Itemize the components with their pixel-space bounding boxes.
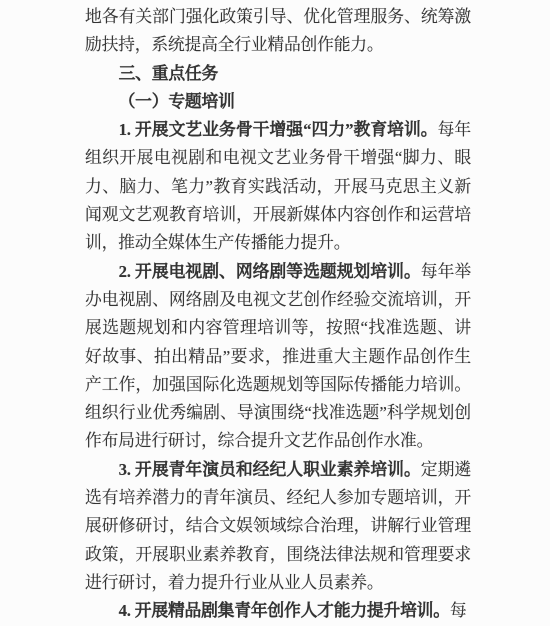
task-item-2-title: 2. 开展电视剧、网络剧等选题规划培训。 [119, 262, 421, 281]
task-item-3-title: 3. 开展青年演员和经纪人职业素养培训。 [119, 460, 421, 479]
task-item-3-body: 定期遴选有培养潜力的青年演员、经纪人参加专题培训，开展研修研讨，结合文娱领域综合… [85, 460, 471, 592]
continuation-paragraph: 地各有关部门强化政策引导、优化管理服务、统筹激励扶持，系统提高全行业精品创作能力… [85, 3, 471, 60]
task-item-2-body: 每年举办电视剧、网络剧及电视文艺创作经验交流培训，开展选题规划和内容管理培训等，… [85, 262, 471, 451]
task-item-4-body: 每 [450, 601, 467, 620]
task-item-1-body: 每年组织开展电视剧和电视文艺业务骨干增强“脚力、眼力、脑力、笔力”教育实践活动，… [85, 120, 471, 252]
section-heading: 三、重点任务 [85, 60, 471, 88]
task-item-1: 1. 开展文艺业务骨干增强“四力”教育培训。每年组织开展电视剧和电视文艺业务骨干… [85, 116, 471, 257]
document-body: 地各有关部门强化政策引导、优化管理服务、统筹激励扶持，系统提高全行业精品创作能力… [85, 3, 471, 626]
task-item-1-title: 1. 开展文艺业务骨干增强“四力”教育培训。 [119, 120, 438, 139]
document-page: 地各有关部门强化政策引导、优化管理服务、统筹激励扶持，系统提高全行业精品创作能力… [0, 0, 550, 626]
task-item-2: 2. 开展电视剧、网络剧等选题规划培训。每年举办电视剧、网络剧及电视文艺创作经验… [85, 258, 471, 456]
task-item-4-title: 4. 开展精品剧集青年创作人才能力提升培训。 [119, 601, 450, 620]
task-item-4: 4. 开展精品剧集青年创作人才能力提升培训。每 [85, 597, 471, 625]
task-item-3: 3. 开展青年演员和经纪人职业素养培训。定期遴选有培养潜力的青年演员、经纪人参加… [85, 456, 471, 597]
subsection-heading: （一）专题培训 [85, 88, 471, 116]
